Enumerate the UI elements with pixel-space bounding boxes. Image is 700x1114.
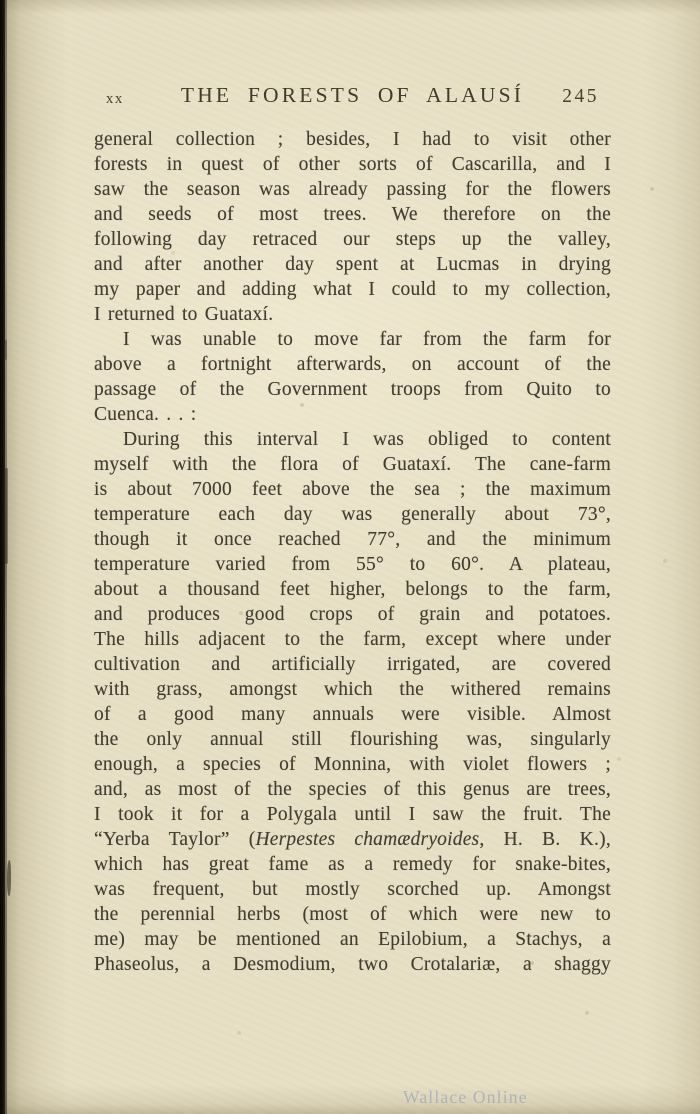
text-segment: my paper and adding what I could to my c… (94, 279, 611, 300)
text-segment: enough, a species of Monnina, with viole… (94, 754, 611, 775)
text-segment: I returned to Guataxí. (94, 304, 273, 325)
text-segment: passage of the Government troops from Qu… (94, 379, 611, 400)
text-segment: general collection ; besides, I had to v… (94, 129, 611, 150)
text-segment: and, as most of the species of this genu… (94, 779, 611, 800)
text-line: the only annual still flourishing was, s… (94, 727, 611, 752)
text-line: passage of the Government troops from Qu… (94, 377, 611, 402)
text-line: following day retraced our steps up the … (94, 227, 611, 252)
text-line: temperature varied from 55° to 60°. A pl… (94, 552, 611, 577)
text-segment: and after another day spent at Lucmas in… (94, 254, 611, 275)
text-line: and after another day spent at Lucmas in… (94, 252, 611, 277)
text-segment: temperature varied from 55° to 60°. A pl… (94, 554, 611, 575)
text-segment: and seeds of most trees. We therefore on… (94, 204, 611, 225)
text-segment: with grass, amongst which the withered r… (94, 679, 611, 700)
text-segment: cultivation and artificially irrigated, … (94, 654, 611, 675)
text-line: saw the season was already passing for t… (94, 177, 611, 202)
text-segment: me) may be mentioned an Epilobium, a Sta… (94, 929, 611, 950)
text-line: which has great fame as a remedy for sna… (94, 852, 611, 877)
text-line: cultivation and artificially irrigated, … (94, 652, 611, 677)
text-segment: the only annual still flourishing was, s… (94, 729, 611, 750)
text-segment: I took it for a Polygala until I saw the… (94, 804, 611, 825)
text-segment: following day retraced our steps up the … (94, 229, 611, 250)
italic-species-name: Herpestes chamædryoides (256, 829, 480, 850)
text-segment: temperature each day was generally about… (94, 504, 611, 525)
page-number: 245 (562, 86, 599, 108)
text-line: my paper and adding what I could to my c… (94, 277, 611, 302)
text-segment: though it once reached 77°, and the mini… (94, 529, 611, 550)
text-segment: “Yerba Taylor” ( (94, 829, 256, 850)
text-block: general collection ; besides, I had to v… (94, 127, 611, 977)
text-line: enough, a species of Monnina, with viole… (94, 752, 611, 777)
text-line: above a fortnight afterwards, on account… (94, 352, 611, 377)
text-line: The hills adjacent to the farm, except w… (94, 627, 611, 652)
text-line: the perennial herbs (most of which were … (94, 902, 611, 927)
text-segment: myself with the flora of Guataxí. The ca… (94, 454, 611, 475)
running-title: THE FORESTS OF ALAUSÍ (94, 83, 611, 108)
text-segment: Phaseolus, a Desmodium, two Crotalariæ, … (94, 954, 611, 975)
text-line: Phaseolus, a Desmodium, two Crotalariæ, … (94, 952, 611, 977)
text-line: I took it for a Polygala until I saw the… (94, 802, 611, 827)
binding-mark (7, 860, 11, 896)
text-segment: above a fortnight afterwards, on account… (94, 354, 611, 375)
text-segment: During this interval I was obliged to co… (123, 429, 611, 450)
paragraph: general collection ; besides, I had to v… (94, 127, 611, 327)
text-line: During this interval I was obliged to co… (94, 427, 611, 452)
text-line: me) may be mentioned an Epilobium, a Sta… (94, 927, 611, 952)
text-line: though it once reached 77°, and the mini… (94, 527, 611, 552)
binding-mark (5, 340, 7, 360)
text-line: and produces good crops of grain and pot… (94, 602, 611, 627)
text-segment: Cuenca. . . : (94, 404, 196, 425)
text-line: I returned to Guataxí. (94, 302, 611, 327)
text-segment: The hills adjacent to the farm, except w… (94, 629, 611, 650)
text-line: is about 7000 feet above the sea ; the m… (94, 477, 611, 502)
text-line: was frequent, but mostly scorched up. Am… (94, 877, 611, 902)
text-segment: was frequent, but mostly scorched up. Am… (94, 879, 611, 900)
text-line: forests in quest of other sorts of Casca… (94, 152, 611, 177)
text-segment: is about 7000 feet above the sea ; the m… (94, 479, 611, 500)
text-line: temperature each day was generally about… (94, 502, 611, 527)
text-line: and seeds of most trees. We therefore on… (94, 202, 611, 227)
text-segment: saw the season was already passing for t… (94, 179, 611, 200)
binding-mark (5, 468, 8, 564)
text-line: and, as most of the species of this genu… (94, 777, 611, 802)
text-segment: the perennial herbs (most of which were … (94, 904, 611, 925)
text-segment: I was unable to move far from the farm f… (123, 329, 611, 350)
text-segment: about a thousand feet higher, belongs to… (94, 579, 611, 600)
text-segment: forests in quest of other sorts of Casca… (94, 154, 611, 175)
scanned-book-page: xx THE FORESTS OF ALAUSÍ 245 general col… (0, 0, 700, 1114)
text-line: Cuenca. . . : (94, 402, 611, 427)
text-line: I was unable to move far from the farm f… (94, 327, 611, 352)
text-segment: , H. B. K.), (479, 829, 611, 850)
text-segment: which has great fame as a remedy for sna… (94, 854, 611, 875)
text-line: of a good many annuals were visible. Alm… (94, 702, 611, 727)
text-line: general collection ; besides, I had to v… (94, 127, 611, 152)
paragraph: During this interval I was obliged to co… (94, 427, 611, 977)
text-line: about a thousand feet higher, belongs to… (94, 577, 611, 602)
paragraph: I was unable to move far from the farm f… (94, 327, 611, 427)
text-segment: of a good many annuals were visible. Alm… (94, 704, 611, 725)
text-line: myself with the flora of Guataxí. The ca… (94, 452, 611, 477)
watermark-text: Wallace Online (403, 1087, 528, 1108)
text-segment: and produces good crops of grain and pot… (94, 604, 611, 625)
text-line: “Yerba Taylor” (Herpestes chamædryoides,… (94, 827, 611, 852)
text-line: with grass, amongst which the withered r… (94, 677, 611, 702)
